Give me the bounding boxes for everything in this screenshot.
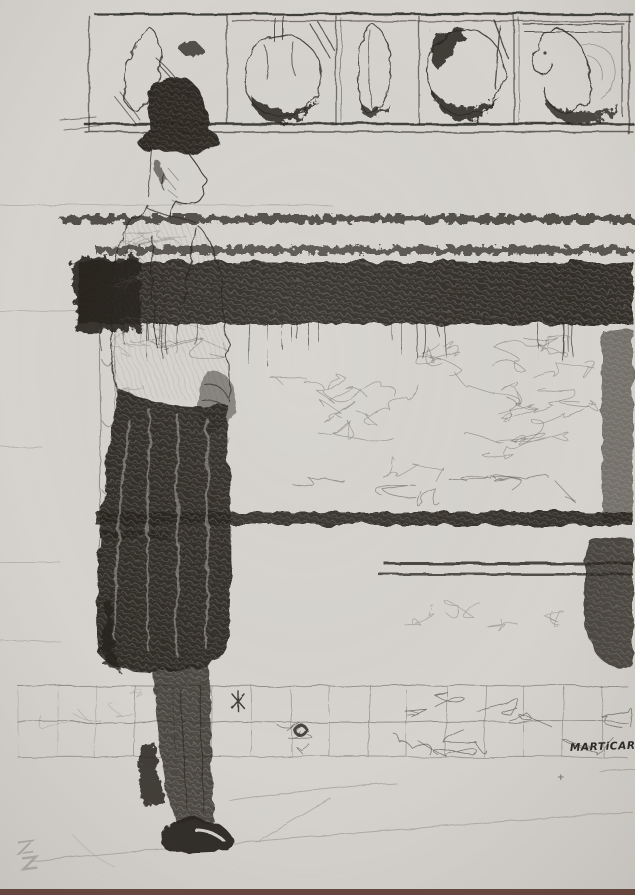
ink-drawing: MARTiCAR + [0,0,635,895]
photo-vignette [0,0,635,895]
photo-bottom-edge [0,889,635,895]
photograph-of-drawing: MARTiCAR + [0,0,635,895]
